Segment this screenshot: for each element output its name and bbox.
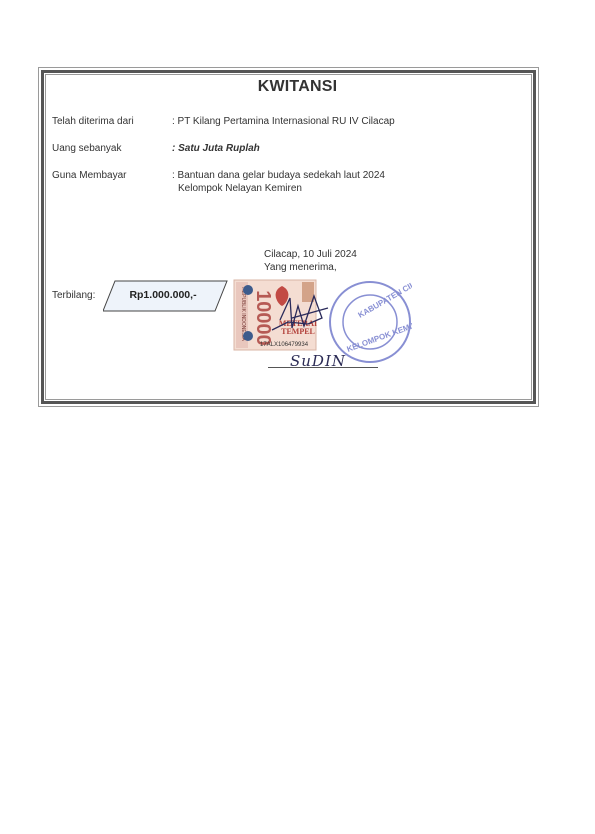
receiver-label: Yang menerima, (264, 261, 357, 274)
signature-line (268, 367, 378, 368)
field-value-line2: Kelompok Nelayan Kemiren (178, 183, 302, 194)
svg-text:TEMPEL: TEMPEL (281, 327, 315, 336)
field-label: Guna Membayar (52, 170, 126, 181)
organization-seal-icon: KABUPATEN CILACAP KELOMPOK KEMIREN (330, 278, 412, 362)
field-value: : Satu Juta Ruplah (172, 143, 260, 154)
receipt-title: KWITANSI (0, 78, 595, 96)
place-date: Cilacap, 10 Juli 2024 (264, 248, 357, 261)
field-value-line1: : Bantuan dana gelar budaya sedekah laut… (172, 170, 385, 181)
amount-box: Rp1.000.000,- (103, 280, 223, 310)
svg-text:17ALX106479934: 17ALX106479934 (260, 342, 309, 348)
signature-block: Cilacap, 10 Juli 2024 Yang menerima, (264, 248, 357, 274)
field-label: Uang sebanyak (52, 143, 122, 154)
field-label: Telah diterima dari (52, 116, 134, 127)
terbilang-label: Terbilang: (52, 290, 95, 301)
svg-text:10000: 10000 (252, 290, 274, 346)
field-value: : PT Kilang Pertamina Internasional RU I… (172, 116, 395, 127)
amount-value: Rp1.000.000,- (103, 289, 223, 301)
